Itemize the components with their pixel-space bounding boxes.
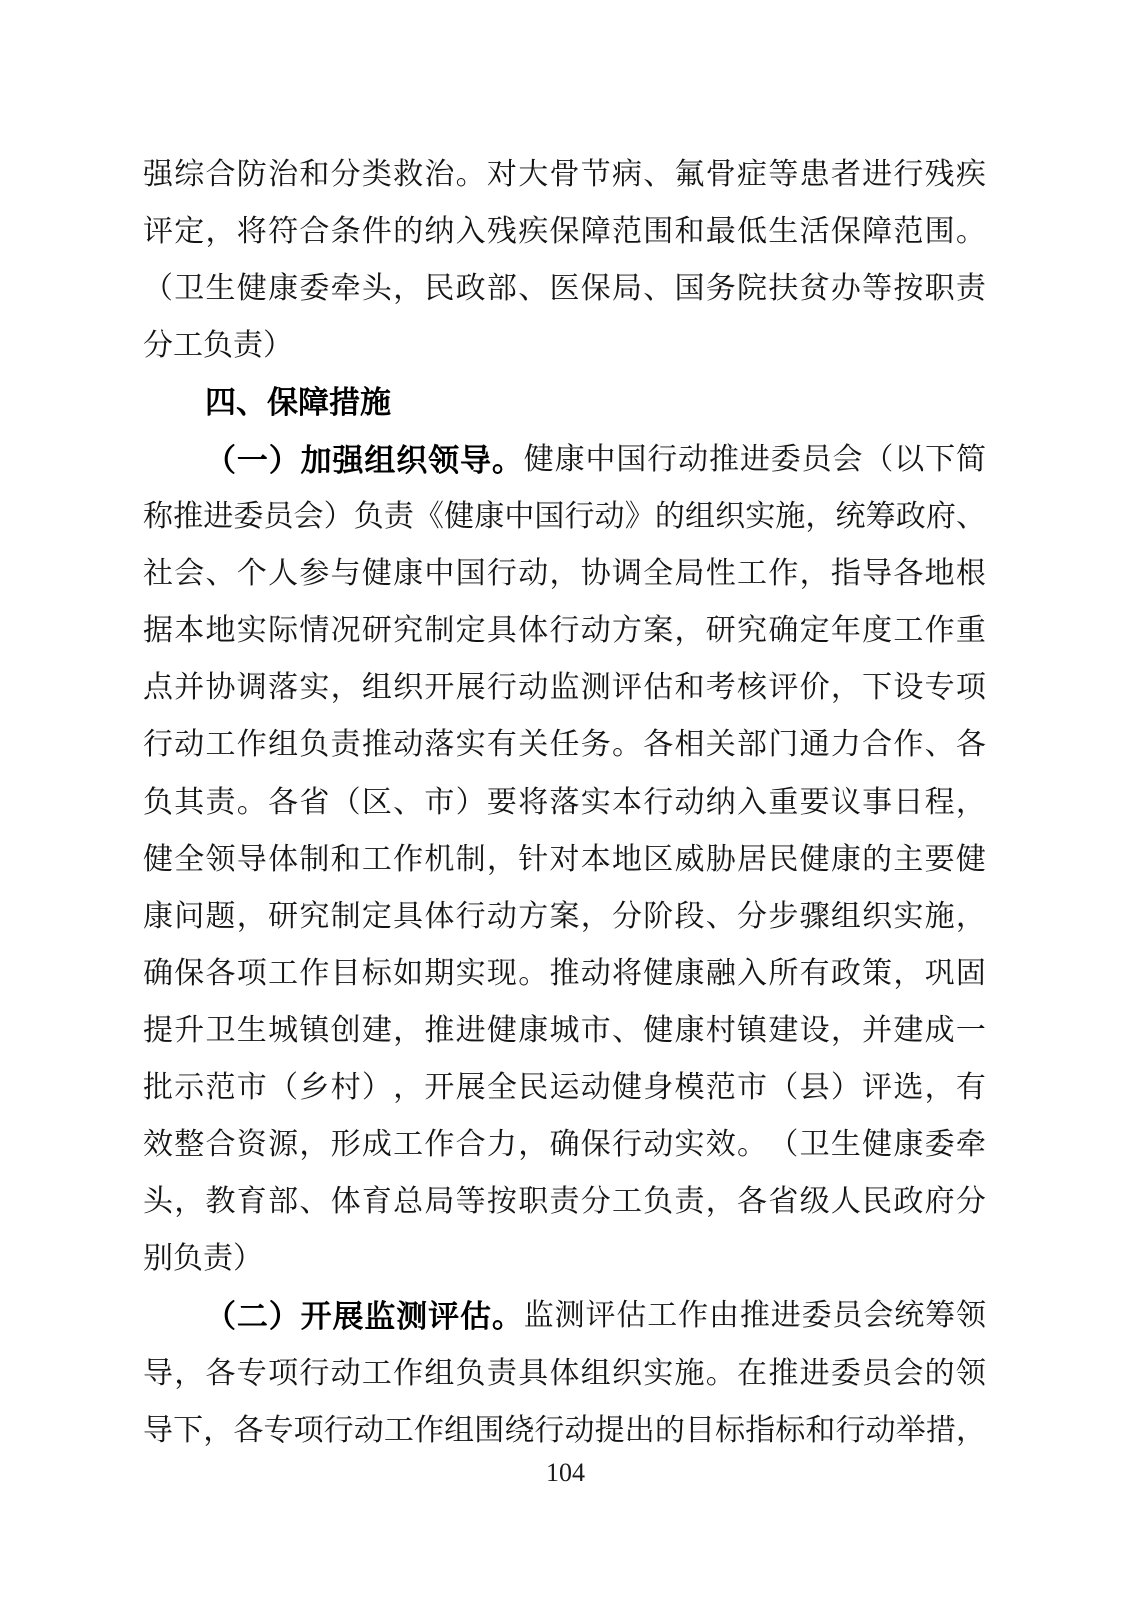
text-char: 、 <box>206 559 236 589</box>
text-char: 统 <box>836 502 866 532</box>
text-char: 资 <box>237 1130 267 1160</box>
text-char: 展 <box>456 673 486 703</box>
text-char: ） <box>324 502 354 532</box>
text-char: 纳 <box>424 217 454 247</box>
text-char: 开 <box>424 673 454 703</box>
text-char: 行 <box>612 1130 642 1160</box>
text-char: 与 <box>331 559 361 589</box>
text-char: 的 <box>862 845 892 875</box>
text-char: 作 <box>893 730 923 760</box>
text-char: 总 <box>393 1187 423 1217</box>
text-char: 协 <box>581 559 611 589</box>
text-char: 实 <box>643 1359 673 1389</box>
text-char: 责 <box>384 502 414 532</box>
text-char: 健 <box>862 1130 892 1160</box>
text-char: 人 <box>831 1187 861 1217</box>
text-char: 范 <box>206 1073 236 1103</box>
text-char: ， <box>206 217 236 247</box>
text-char: ， <box>706 1187 736 1217</box>
text-char: 整 <box>174 1130 204 1160</box>
text-char: 。 <box>612 730 642 760</box>
text-char: 究 <box>299 902 329 932</box>
text-char: 评 <box>612 673 642 703</box>
text-char: 指 <box>831 559 861 589</box>
text-char: 康 <box>474 502 504 532</box>
text-line: 头，教育部、体育总局等按职责分工负责，各省级人民政府分 <box>143 1174 986 1231</box>
text-char: 际 <box>268 616 298 646</box>
text-char: 通 <box>800 730 830 760</box>
text-char: 事 <box>862 788 892 818</box>
text-char: 治 <box>268 160 298 190</box>
text-char: ） <box>269 1301 300 1332</box>
text-char: 动 <box>354 1416 384 1446</box>
text-char: 组 <box>268 730 298 760</box>
text-char: 监 <box>549 673 579 703</box>
text-char: 要 <box>487 788 517 818</box>
text-line: 别负责） <box>143 1231 986 1288</box>
text-char: 实 <box>581 788 611 818</box>
text-char: 目 <box>331 959 361 989</box>
text-char: 推 <box>709 445 739 475</box>
text-char: 情 <box>299 616 329 646</box>
text-char: 各 <box>233 1416 263 1446</box>
text-char: 人 <box>268 559 298 589</box>
text-char: 康 <box>143 902 173 932</box>
text-char: 委 <box>771 445 801 475</box>
text-char: 测 <box>581 673 611 703</box>
text-char: 提 <box>143 1016 173 1046</box>
text-char: 作 <box>768 559 798 589</box>
text-char: 推 <box>173 502 203 532</box>
text-char: 示 <box>174 1073 204 1103</box>
text-char: 和 <box>299 160 329 190</box>
text-char: 体 <box>331 1187 361 1217</box>
text-char: 大 <box>518 160 548 190</box>
text-char: 委 <box>802 1301 832 1331</box>
text-char: ， <box>393 1016 423 1046</box>
text-char: 行 <box>565 502 595 532</box>
text-char: 康 <box>393 559 423 589</box>
text-char: 监 <box>524 1301 554 1331</box>
text-char: 称 <box>143 502 173 532</box>
text-char: 负 <box>299 730 329 760</box>
text-char: 各 <box>206 959 236 989</box>
text-char: 全 <box>487 1073 517 1103</box>
text-char: 重 <box>956 616 986 646</box>
text-char: 主 <box>893 845 923 875</box>
text-char: 项 <box>956 673 986 703</box>
text-char: 项 <box>237 959 267 989</box>
text-char: 会 <box>863 1301 893 1331</box>
text-char: 标 <box>362 959 392 989</box>
text-char: 民 <box>862 1187 892 1217</box>
text-char: 责 <box>331 730 361 760</box>
text-char: 专 <box>925 673 955 703</box>
text-char: 居 <box>737 845 767 875</box>
text-char: ， <box>299 1130 329 1160</box>
text-char: 办 <box>831 274 861 304</box>
text-char: 会 <box>833 445 863 475</box>
text-char: 乡 <box>299 1073 329 1103</box>
text-char: 推 <box>549 959 579 989</box>
text-char: 问 <box>174 902 204 932</box>
text-char: 作 <box>299 959 329 989</box>
text-char: 织 <box>393 673 423 703</box>
text-char: 况 <box>331 616 361 646</box>
text-char: 机 <box>424 845 454 875</box>
text-char: ， <box>174 1359 204 1389</box>
text-char: 调 <box>237 673 267 703</box>
text-char: 定 <box>800 616 830 646</box>
text-line: 效整合资源，形成工作合力，确保行动实效。（卫生健康委牵 <box>143 1117 986 1174</box>
text-char: 建 <box>893 1016 923 1046</box>
text-char: 导 <box>143 1416 173 1446</box>
text-char: 门 <box>768 730 798 760</box>
text-char: 阶 <box>643 902 673 932</box>
text-char: ， <box>925 1073 955 1103</box>
text-char: 健 <box>362 559 392 589</box>
text-char: 工 <box>268 959 298 989</box>
text-char: 进 <box>740 445 770 475</box>
text-char: 领 <box>956 1359 986 1389</box>
text-char: 行 <box>643 788 673 818</box>
text-char: 的 <box>655 1416 685 1446</box>
text-char: 会 <box>893 1359 923 1389</box>
text-char: 《 <box>414 502 444 532</box>
text-char: 负 <box>456 1359 486 1389</box>
section-heading-char: 障 <box>298 387 329 418</box>
text-char: 全 <box>643 559 673 589</box>
text-char: 康 <box>675 1016 705 1046</box>
text-line: 健全领导体制和工作机制，针对本地区威胁居民健康的主要健 <box>143 831 986 888</box>
text-char: 一 <box>237 445 268 476</box>
text-char: 政 <box>893 1187 923 1217</box>
text-char: 和 <box>675 673 705 703</box>
text-char: 围 <box>474 1416 504 1446</box>
text-char: 定 <box>456 616 486 646</box>
text-char: 实 <box>456 730 486 760</box>
text-line: 提升卫生城镇创建，推进健康城市、健康村镇建设，并建成一 <box>143 1002 986 1059</box>
text-char: 点 <box>143 673 173 703</box>
text-char: 将 <box>518 788 548 818</box>
text-char: 运 <box>549 1073 579 1103</box>
text-char: 民 <box>518 1073 548 1103</box>
text-char: 体 <box>424 902 454 932</box>
text-char: 导 <box>143 1359 173 1389</box>
text-char: 范 <box>612 217 642 247</box>
text-char: 工 <box>393 1130 423 1160</box>
text-char: 制 <box>424 616 454 646</box>
text-char: 委 <box>233 502 263 532</box>
text-char: 中 <box>586 445 616 475</box>
text-char: 牵 <box>331 274 361 304</box>
text-char: 活 <box>800 217 830 247</box>
text-char: 牵 <box>956 1130 986 1160</box>
text-char: 测 <box>396 1301 427 1332</box>
text-char: 组 <box>685 502 715 532</box>
text-char: 体 <box>518 616 548 646</box>
text-char: 考 <box>706 673 736 703</box>
text-char: 参 <box>299 559 329 589</box>
text-char: 头 <box>143 1187 173 1217</box>
text-char: 、 <box>643 160 673 190</box>
text-line: 康问题，研究制定具体行动方案，分阶段、分步骤组织实施， <box>143 888 986 945</box>
text-char: 施 <box>775 502 805 532</box>
text-char: 分 <box>737 902 767 932</box>
text-char: 行 <box>549 616 579 646</box>
text-char: 健 <box>956 845 986 875</box>
text-char: （ <box>143 274 173 304</box>
text-char: 分 <box>331 160 361 190</box>
text-char: 效 <box>706 1130 736 1160</box>
text-char: 分 <box>956 1187 986 1217</box>
text-line: 据本地实际情况研究制定具体行动方案，研究确定年度工作重 <box>143 603 986 660</box>
text-char: 残 <box>925 160 955 190</box>
text-char: 织 <box>715 502 745 532</box>
text-char: 筹 <box>925 1301 955 1331</box>
text-char: 制 <box>299 845 329 875</box>
text-char: 如 <box>393 959 423 989</box>
text-char: 类 <box>362 160 392 190</box>
text-char: 健 <box>643 1016 673 1046</box>
text-char: 以 <box>894 445 924 475</box>
text-char: 织 <box>396 445 427 476</box>
text-char: 开 <box>301 1301 332 1332</box>
text-char: 究 <box>737 616 767 646</box>
text-char: （ <box>205 1301 236 1332</box>
text-char: 保 <box>581 1130 611 1160</box>
text-char: 中 <box>424 559 454 589</box>
text-char: 织 <box>862 902 892 932</box>
text-char: 制 <box>331 902 361 932</box>
text-char: （ <box>768 1130 798 1160</box>
text-char: 责 <box>549 1187 579 1217</box>
text-char: 民 <box>424 274 454 304</box>
text-char: 府 <box>926 502 956 532</box>
text-line: 点并协调落实，组织开展行动监测评估和考核评价，下设专项 <box>143 660 986 717</box>
text-char: 部 <box>737 730 767 760</box>
text-char: 市 <box>424 788 454 818</box>
text-char: 下 <box>862 673 892 703</box>
text-char: 患 <box>800 160 830 190</box>
text-char: 体 <box>549 1359 579 1389</box>
text-char: 职 <box>925 274 955 304</box>
text-char: ） <box>831 1073 861 1103</box>
text-char: 导 <box>460 445 491 476</box>
text-char: 案 <box>643 616 673 646</box>
text-line: 评定，将符合条件的纳入残疾保障范围和最低生活保障范围。 <box>143 203 986 260</box>
text-char: 障 <box>862 217 892 247</box>
text-char: 市 <box>237 1073 267 1103</box>
text-char: 批 <box>143 1073 173 1103</box>
text-char: 一 <box>956 1016 986 1046</box>
text-char: 效 <box>143 1130 173 1160</box>
text-char: 监 <box>364 1301 395 1332</box>
text-char: 作 <box>393 1359 423 1389</box>
text-char: 村 <box>331 1073 361 1103</box>
text-char: 价 <box>800 673 830 703</box>
text-char: 负 <box>643 1187 673 1217</box>
text-char: 形 <box>331 1130 361 1160</box>
text-char: 级 <box>800 1187 830 1217</box>
text-char: 进 <box>800 1359 830 1389</box>
text-char: 现 <box>487 959 517 989</box>
text-char: 生 <box>768 217 798 247</box>
text-char: 巩 <box>925 959 955 989</box>
text-char: 病 <box>612 160 642 190</box>
text-char: 评 <box>586 1301 616 1331</box>
text-char: 。 <box>706 1359 736 1389</box>
text-char: 落 <box>549 788 579 818</box>
text-char: 组 <box>364 445 395 476</box>
text-char: 地 <box>612 845 642 875</box>
text-char: 段 <box>675 902 705 932</box>
text-char: 节 <box>581 160 611 190</box>
text-char: 个 <box>237 559 267 589</box>
text-char: 要 <box>800 788 830 818</box>
text-char: 残 <box>487 217 517 247</box>
text-char: 责 <box>956 274 986 304</box>
text-char: 镇 <box>737 1016 767 1046</box>
text-char: 工 <box>206 730 236 760</box>
text-char: ， <box>831 1016 861 1046</box>
text-char: （ <box>268 1073 298 1103</box>
text-char: 任 <box>549 730 579 760</box>
text-char: 国 <box>675 274 705 304</box>
text-char: 各 <box>643 730 673 760</box>
text-char: 全 <box>174 845 204 875</box>
text-char: 导 <box>237 845 267 875</box>
text-char: 健 <box>524 445 554 475</box>
text-char: 防 <box>237 160 267 190</box>
text-char: 升 <box>174 1016 204 1046</box>
text-char: 工 <box>737 559 767 589</box>
text-char: 性 <box>706 559 736 589</box>
text-char: 行 <box>836 1416 866 1446</box>
text-char: ， <box>393 274 423 304</box>
text-char: 方 <box>518 902 548 932</box>
text-char: 创 <box>331 1016 361 1046</box>
text-char: 入 <box>456 217 486 247</box>
text-char: 力 <box>487 1130 517 1160</box>
text-char: 方 <box>612 616 642 646</box>
text-char: ） <box>269 445 300 476</box>
text-line: 确保各项工作目标如期实现。推动将健康融入所有政策，巩固 <box>143 945 986 1002</box>
text-char: 领 <box>206 845 236 875</box>
text-char: 健 <box>643 959 673 989</box>
text-char: 疾 <box>518 217 548 247</box>
text-char: 重 <box>768 788 798 818</box>
text-char: 局 <box>675 559 705 589</box>
text-char: 源 <box>268 1130 298 1160</box>
text-char: 件 <box>362 217 392 247</box>
text-char: 期 <box>424 959 454 989</box>
text-char: 建 <box>768 1016 798 1046</box>
text-char: （ <box>205 445 236 476</box>
text-char: 卫 <box>174 274 204 304</box>
text-char: 实 <box>745 502 775 532</box>
text-char: 相 <box>675 730 705 760</box>
text-char: 关 <box>706 730 736 760</box>
text-char: 康 <box>555 445 585 475</box>
text-char: 的 <box>655 502 685 532</box>
text-char: 评 <box>768 673 798 703</box>
text-char: 组 <box>581 1359 611 1389</box>
text-char: 设 <box>800 1016 830 1046</box>
text-char: 员 <box>833 1301 863 1331</box>
text-char: 其 <box>174 788 204 818</box>
text-char: 、 <box>612 1016 642 1046</box>
text-char: 研 <box>706 616 736 646</box>
page-number: 104 <box>0 1458 1131 1488</box>
text-char: 健 <box>800 845 830 875</box>
text-char: 骨 <box>706 160 736 190</box>
text-char: 作 <box>414 1416 444 1446</box>
text-char: 地 <box>206 616 236 646</box>
text-char: 行 <box>893 160 923 190</box>
text-line: 批示范市（乡村），开展全民运动健身模范市（县）评选，有 <box>143 1060 986 1117</box>
text-char: 育 <box>362 1187 392 1217</box>
text-char: 专 <box>237 1359 267 1389</box>
text-line: 行动工作组负责推动落实有关任务。各相关部门通力合作、各 <box>143 717 986 774</box>
text-char: 日 <box>893 788 923 818</box>
text-char: 动 <box>518 559 548 589</box>
text-char: 行 <box>534 1416 564 1446</box>
text-char: 医 <box>549 274 579 304</box>
text-char: 针 <box>518 845 548 875</box>
text-char: 确 <box>768 616 798 646</box>
text-char: 进 <box>203 502 233 532</box>
text-char: 专 <box>263 1416 293 1446</box>
text-char: 统 <box>894 1301 924 1331</box>
text-char: ） <box>233 1244 263 1274</box>
text-char: ） <box>456 788 486 818</box>
text-char: 成 <box>362 1130 392 1160</box>
text-char: 将 <box>612 959 642 989</box>
text-char: 施 <box>675 1359 705 1389</box>
text-char: 地 <box>925 559 955 589</box>
text-char: 镇 <box>299 1016 329 1046</box>
text-char: 关 <box>518 730 548 760</box>
text-char: 工 <box>647 1301 677 1331</box>
text-char: 务 <box>581 730 611 760</box>
text-char: 各 <box>206 1359 236 1389</box>
text-char: ） <box>263 331 293 361</box>
text-char: 健 <box>487 1016 517 1046</box>
text-char: 行 <box>456 902 486 932</box>
text-char: 合 <box>862 730 892 760</box>
text-char: 指 <box>745 1416 775 1446</box>
text-char: 城 <box>268 1016 298 1046</box>
text-char: 、 <box>643 274 673 304</box>
text-char: 院 <box>737 274 767 304</box>
text-char: 等 <box>768 160 798 190</box>
text-char: 动 <box>174 730 204 760</box>
text-char: （ <box>768 1073 798 1103</box>
text-char: 组 <box>362 673 392 703</box>
text-char: 条 <box>331 217 361 247</box>
text-char: 国 <box>616 445 646 475</box>
text-char: 。 <box>518 959 548 989</box>
text-char: 保 <box>831 217 861 247</box>
text-char: 障 <box>581 217 611 247</box>
text-char: 民 <box>768 845 798 875</box>
text-char: 政 <box>896 502 926 532</box>
text-char: ， <box>487 845 517 875</box>
text-line: 分工负责） <box>143 317 986 374</box>
text-char: 。 <box>492 445 523 476</box>
text-line: 四、保障措施 <box>143 374 986 431</box>
